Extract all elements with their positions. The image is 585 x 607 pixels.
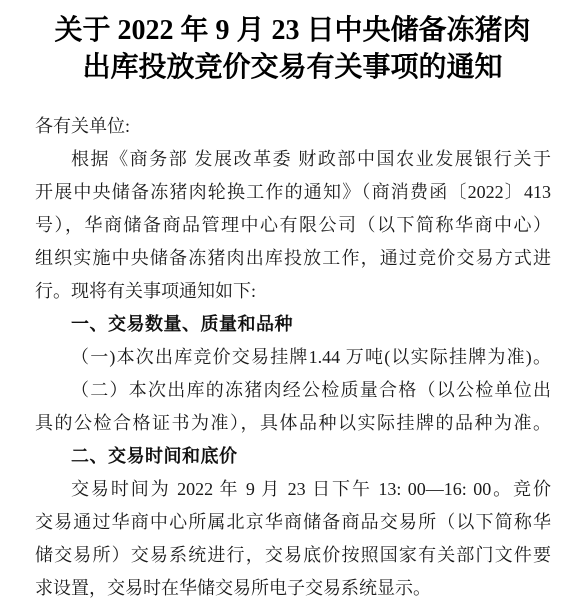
section-heading-2: 二、交易时间和底价: [35, 440, 551, 473]
title-line-2: 出库投放竞价交易有关事项的通知: [0, 49, 585, 86]
body-line-time-4: 求设置，交易时在华储交易所电子交易系统显示。: [35, 572, 551, 605]
body-line-time-2: 交易通过华商中心所属北京华商储备商品交易所（以下简称华: [35, 506, 551, 539]
body-line-quality-1: （二）本次出库的冻猪肉经公检质量合格（以公检单位出: [35, 374, 551, 407]
body-line-basis-3: 号），华商储备商品管理中心有限公司（以下简称华商中心）: [35, 209, 551, 242]
document-title: 关于 2022 年 9 月 23 日中央储备冻猪肉 出库投放竞价交易有关事项的通…: [0, 0, 585, 86]
document-page: 关于 2022 年 9 月 23 日中央储备冻猪肉 出库投放竞价交易有关事项的通…: [0, 0, 585, 607]
body-line-basis-2: 开展中央储备冻猪肉轮换工作的通知》（商消费函〔2022〕413: [35, 176, 551, 209]
section-heading-1: 一、交易数量、质量和品种: [35, 308, 551, 341]
title-line-1: 关于 2022 年 9 月 23 日中央储备冻猪肉: [0, 12, 585, 49]
body-line-time-3: 储交易所）交易系统进行，交易底价按照国家有关部门文件要: [35, 539, 551, 572]
document-body: 各有关单位: 根据《商务部 发展改革委 财政部中国农业发展银行关于 开展中央储备…: [0, 110, 585, 605]
body-line-quantity-1: （一)本次出库竞价交易挂牌1.44 万吨(以实际挂牌为准)。: [35, 341, 551, 374]
body-line-time-1: 交易时间为 2022 年 9 月 23 日下午 13: 00—16: 00。竞价: [35, 473, 551, 506]
salutation: 各有关单位:: [35, 110, 551, 143]
body-line-basis-1: 根据《商务部 发展改革委 财政部中国农业发展银行关于: [35, 143, 551, 176]
body-line-quality-2: 具的公检合格证书为准），具体品种以实际挂牌的品种为准。: [35, 407, 551, 440]
body-line-basis-4: 组织实施中央储备冻猪肉出库投放工作，通过竞价交易方式进: [35, 242, 551, 275]
body-line-basis-5: 行。现将有关事项通知如下:: [35, 275, 551, 308]
